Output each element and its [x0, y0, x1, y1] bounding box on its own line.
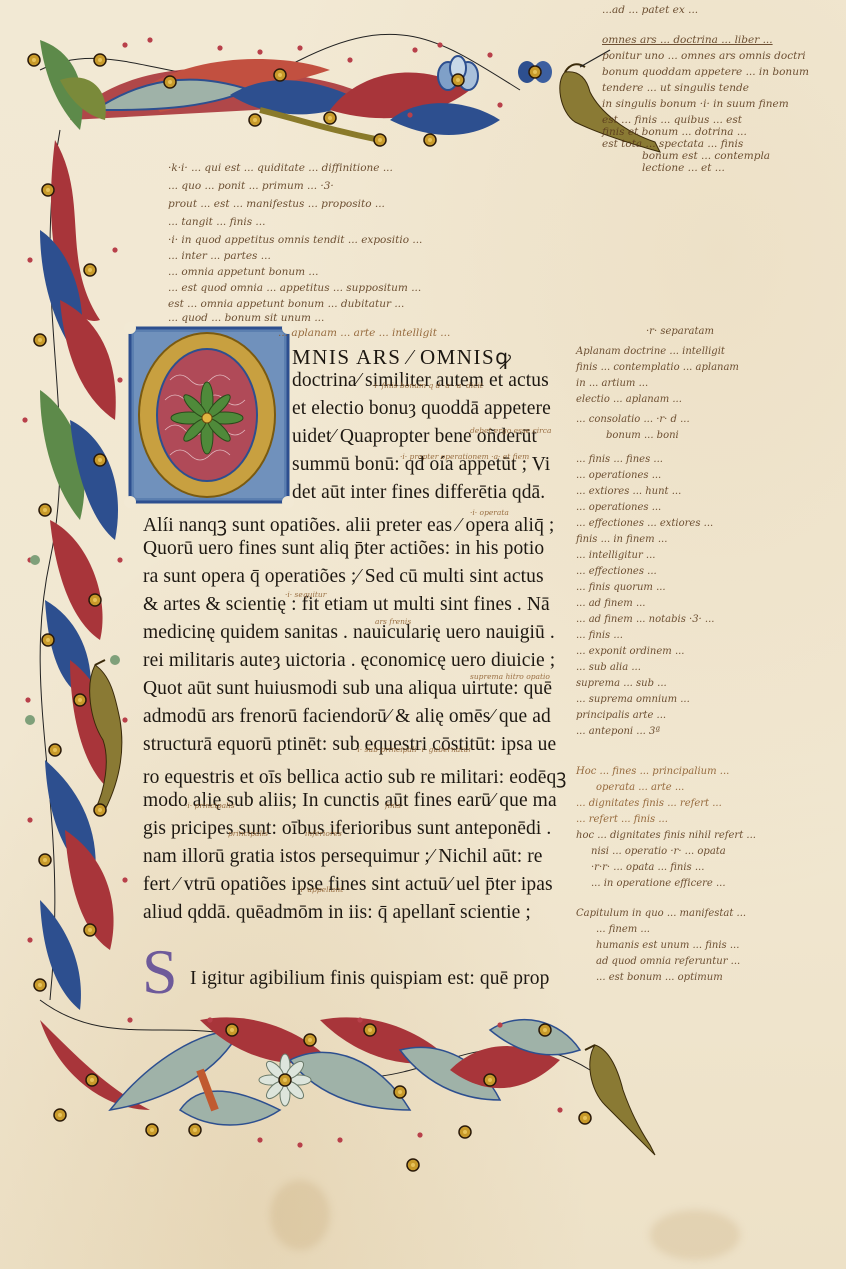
- bottom-border-vine: [40, 1000, 655, 1171]
- interlinear-gloss: ·i· propter operationem ·a· et fiem: [400, 452, 529, 461]
- interlinear-gloss: ·i· appellant: [298, 885, 343, 894]
- marginalia-line: ... finis quorum ...: [576, 582, 666, 593]
- text-line: gis pricipes sunt: oībus iferioribus sun…: [143, 818, 551, 840]
- text-line: admodū ars frenorū faciendorū⁄ & alię om…: [143, 706, 551, 728]
- marginalia-line: ... anteponi ... 3ª: [576, 726, 660, 737]
- marginalia-line: ... ad finem ... notabis ·3· ...: [576, 614, 714, 625]
- interlinear-gloss: debet ergo esse circa: [470, 426, 551, 435]
- marginalia-line: ... quo ... ponit ... primum ... ·3·: [168, 180, 334, 192]
- marginalia-line: tendere ... ut singulis tende: [602, 82, 749, 94]
- marginalia-line: finis ... contemplatio ... aplanam: [576, 362, 739, 373]
- marginalia-line: ... tangit ... finis ...: [168, 216, 265, 228]
- marginalia-line: ... extiores ... hunt ...: [576, 486, 681, 497]
- text-line: ro equestris et oīs bellica actio sub re…: [143, 762, 566, 789]
- text-line: Quorū uero fines sunt aliq p̄ter actiões…: [143, 538, 544, 560]
- text-line: nam illorū gratia istos persequimur ;⁄ N…: [143, 846, 543, 868]
- marginalia-line: Aplanam doctrine ... intelligit: [576, 346, 725, 357]
- marginalia-line: hoc ... dignitates finis nihil refert ..…: [576, 830, 756, 841]
- interlinear-gloss: ars frenis: [375, 617, 411, 626]
- marginalia-line: est ... omnia appetunt bonum ... dubitat…: [168, 298, 404, 310]
- marginalia-line: ... operationes ...: [576, 470, 661, 481]
- marginalia-line: in singulis bonum ·i· in suum finem: [602, 98, 789, 110]
- marginalia-line: ... in operatione efficere ...: [591, 878, 726, 889]
- initial-o-illumination: [124, 322, 294, 508]
- marginalia-line: Hoc ... fines ... principalium ...: [576, 766, 729, 777]
- marginalia-line: bonum ... boni: [606, 430, 679, 441]
- marginalia-line: ... est quod omnia ... appetitus ... sup…: [168, 282, 421, 294]
- marginalia-line: ... operationes ...: [576, 502, 661, 513]
- bird-bottom-right: [585, 1045, 655, 1155]
- marginalia-line: ·r· separatam: [646, 326, 714, 337]
- marginalia-line: ... est bonum ... optimum: [596, 972, 723, 983]
- interlinear-gloss: principalis: [228, 829, 268, 838]
- marginalia-line: ... sub alia ...: [576, 662, 641, 673]
- left-border-vine: [22, 130, 127, 1010]
- interlinear-gloss: ·i· sub principali ·i· gubernatur: [355, 745, 472, 754]
- marginalia-line: ... dignitates finis ... refert ...: [576, 798, 722, 809]
- marginalia-line: Capitulum in quo ... manifestat ...: [576, 908, 746, 919]
- interlinear-gloss: ·i· sequitur: [285, 590, 326, 599]
- marginalia-line: prout ... est ... manifestus ... proposi…: [168, 198, 385, 210]
- marginalia-line: ... quod ... bonum sit unum ...: [168, 312, 324, 324]
- text-line: det aūt inter fines differētia qdā.: [292, 482, 545, 504]
- marginalia-line: ... finem ...: [596, 924, 650, 935]
- text-line: medicinę quidem sanitas . nauicularię ue…: [143, 622, 555, 644]
- text-line: Quot aūt sunt huiusmodi sub una aliqua u…: [143, 678, 552, 700]
- text-line: rei militaris auteȝ uictoria . ęconomicę…: [143, 650, 555, 672]
- marginalia-line: bonum est ... contempla: [642, 150, 770, 162]
- text-line: I igitur agibilium finis quispiam est: q…: [190, 968, 549, 990]
- marginalia-line: ... ad finem ...: [576, 598, 645, 609]
- marginalia-line: ... consolatio ... ·r· d ...: [576, 414, 690, 425]
- interlinear-gloss: ·i· principalis: [185, 801, 235, 810]
- marginalia-line: ... finis ...: [576, 630, 623, 641]
- marginalia-line: est ... finis ... quibus ... est: [602, 114, 742, 126]
- text-line: ra sunt opera q̄ operatiões ;⁄ Sed cū mu…: [143, 566, 544, 588]
- marginalia-line: ...ad ... patet ex ...: [602, 4, 698, 16]
- top-border-vine: [28, 34, 660, 152]
- marginalia-line: est tota ... spectata ... finis: [602, 138, 743, 150]
- marginalia-line: suprema ... sub ...: [576, 678, 667, 689]
- interlinear-gloss: ·i· operata: [470, 508, 509, 517]
- marginalia-line: ... finis ... fines ...: [576, 454, 663, 465]
- marginalia-line: bonum quoddam appetere ... in bonum: [602, 66, 809, 78]
- marginalia-line: ·r·r· ... opata ... finis ...: [591, 862, 704, 873]
- interlinear-gloss: ·i· finis bonum q d ·a· ·a· dicit: [372, 381, 483, 390]
- interlinear-gloss: finis: [385, 801, 401, 810]
- marginalia-line: humanis est unum ... finis ...: [596, 940, 739, 951]
- marginalia-line: ponitur uno ... omnes ars omnis doctri: [602, 50, 806, 62]
- marginalia-line: ... effectiones ...: [576, 566, 657, 577]
- marginalia-line: electio ... aplanam ...: [576, 394, 682, 405]
- interlinear-gloss: inferiores: [305, 829, 342, 838]
- marginalia-line: ... inter ... partes ...: [168, 250, 271, 262]
- initial-s: S: [142, 940, 178, 1004]
- marginalia-line: ... omnia appetunt bonum ...: [168, 266, 318, 278]
- interlinear-gloss: suprema hitro opatio: [470, 672, 550, 681]
- marginalia-line: ... intelligitur ...: [576, 550, 655, 561]
- marginalia-line: omnes ars ... doctrina ... liber ...: [602, 34, 773, 46]
- marginalia-line: ... exponit ordinem ...: [576, 646, 685, 657]
- marginalia-line: ... refert ... finis ...: [576, 814, 668, 825]
- text-line: aliud qddā. quēadmōm in iis: q̄ apellant…: [143, 902, 531, 924]
- marginalia-line: ... effectiones ... extiores ...: [576, 518, 713, 529]
- marginalia-line: in ... artium ...: [576, 378, 648, 389]
- text-line: fert ⁄ vtrū opatiões ipse fines sint act…: [143, 874, 553, 896]
- text-line: et electio bonuȝ quoddā appetere: [292, 398, 551, 420]
- marginalia-line: finis et bonum ... dotrina ...: [602, 126, 747, 138]
- manuscript-page: MNIS ARS ⁄ OMNISꝙ doctrina⁄ similiter au…: [0, 0, 846, 1269]
- marginalia-line: operata ... arte ...: [596, 782, 684, 793]
- text-line: structurā equorū ptinēt: sub equestri cō…: [143, 734, 556, 756]
- marginalia-line: ·k·i· ... qui est ... quiditate ... diff…: [168, 162, 393, 174]
- marginalia-line: lectione ... et ...: [642, 162, 725, 174]
- marginalia-line: ad quod omnia referuntur ...: [596, 956, 740, 967]
- marginalia-line: finis ... in finem ...: [576, 534, 667, 545]
- text-line: MNIS ARS ⁄ OMNISꝙ: [292, 343, 512, 371]
- text-line: & artes & scientię : fit etiam ut multi …: [143, 594, 550, 616]
- marginalia-line: nisi ... operatio ·r· ... opata: [591, 846, 726, 857]
- marginalia-line: ... suprema omnium ...: [576, 694, 690, 705]
- marginalia-line: ·i· in quod appetitus omnis tendit ... e…: [168, 234, 422, 246]
- marginalia-line: ... aplanam ... arte ... intelligit ...: [278, 327, 450, 339]
- marginalia-line: principalis arte ...: [576, 710, 666, 721]
